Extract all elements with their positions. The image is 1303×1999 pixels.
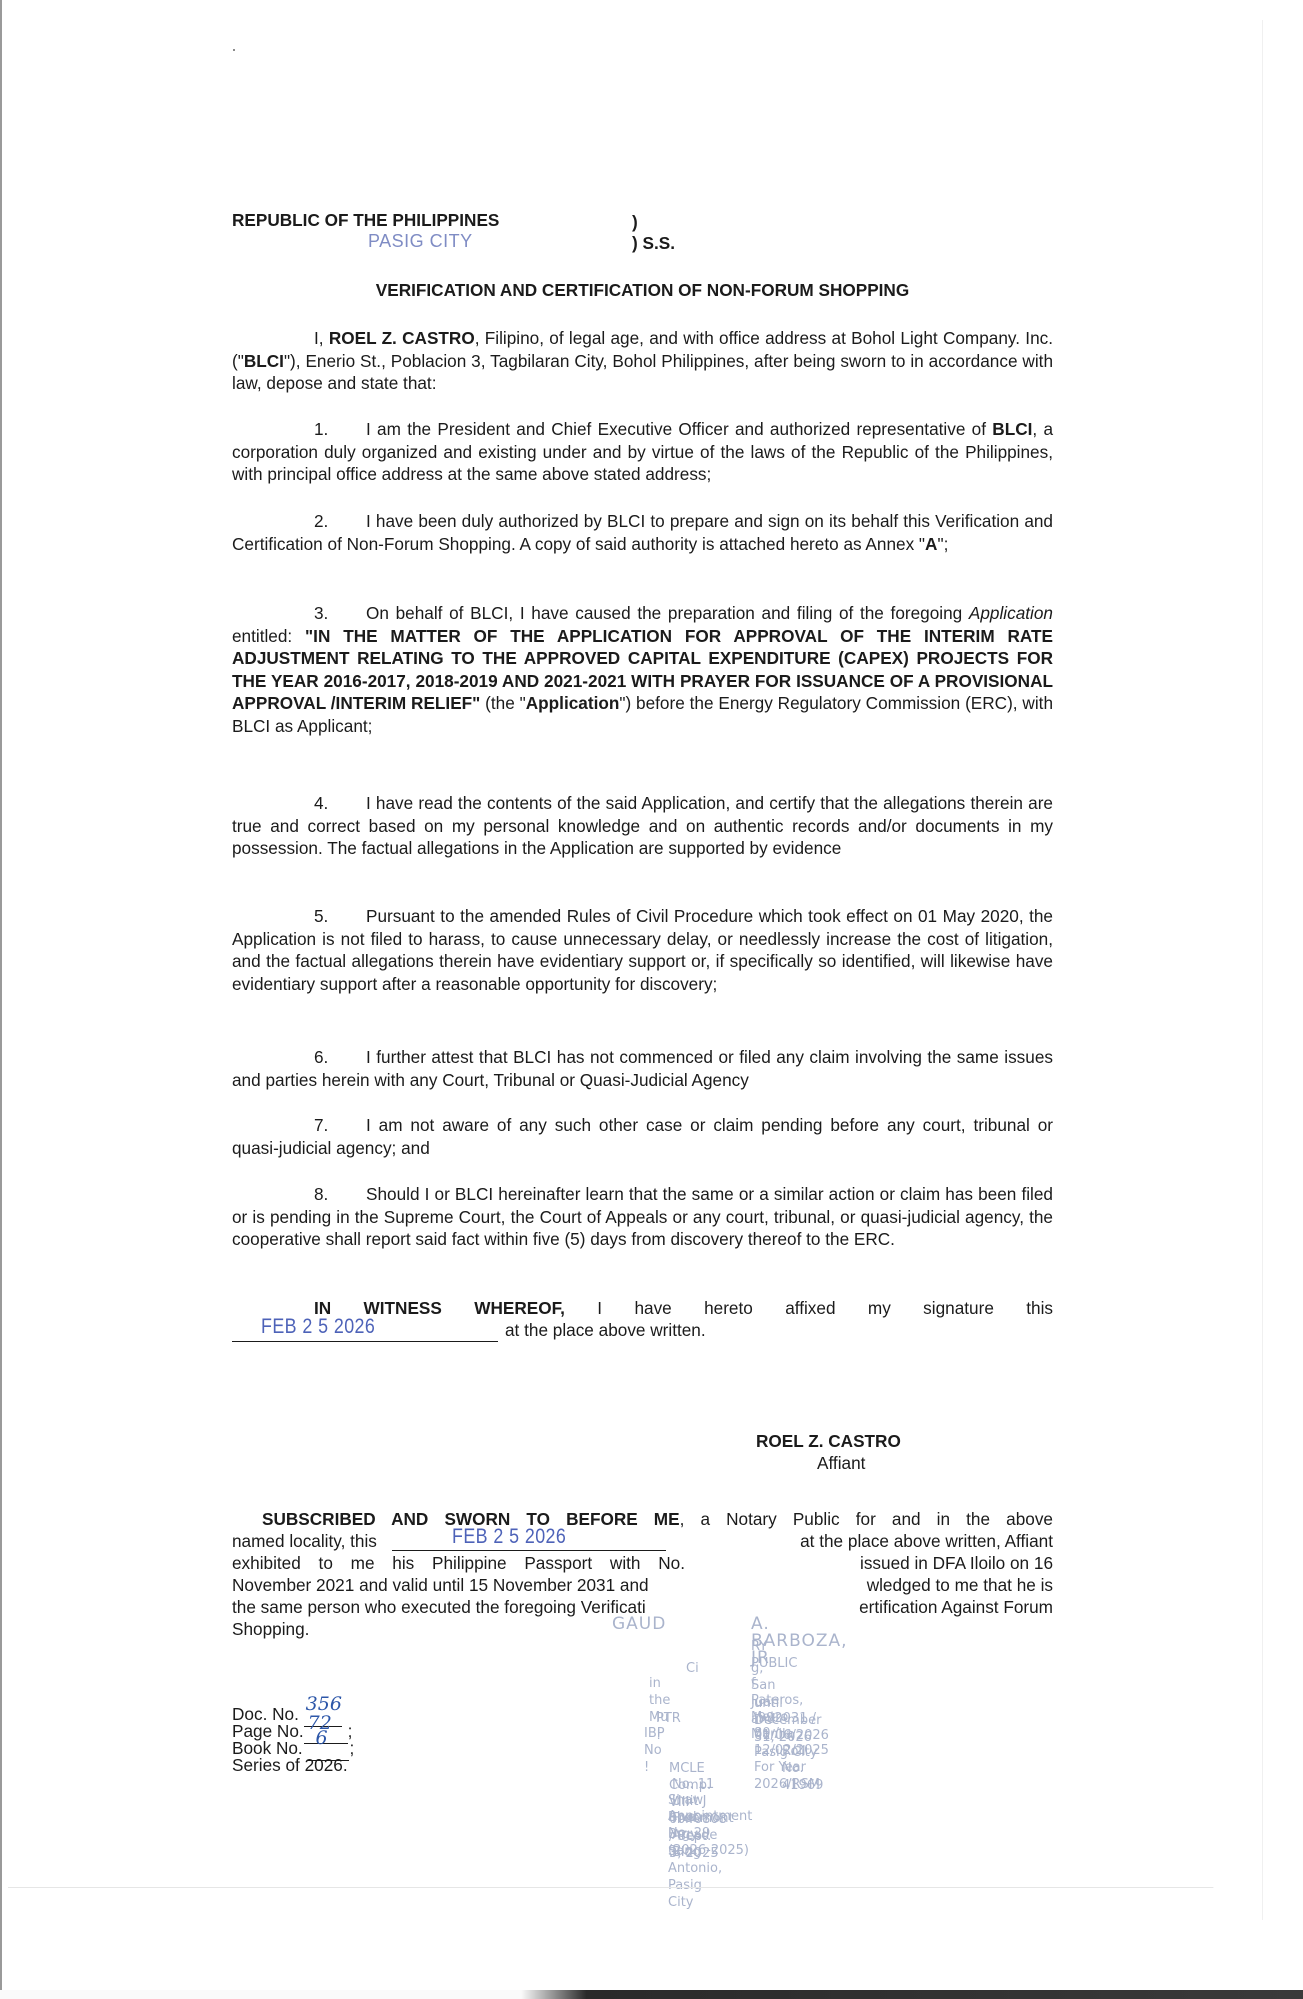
paragraph-8: 8.Should I or BLCI hereinafter learn tha… <box>232 1183 1053 1251</box>
page-bottom-rule <box>8 1887 1213 1888</box>
book-no-value: 6 <box>315 1727 327 1750</box>
jurat-line-5b: ertification Against Forum <box>812 1596 1053 1619</box>
jurat-line-3a: exhibited to me his Philippine Passport … <box>232 1552 685 1575</box>
jurat-date-stamp: FEB 2 5 2026 <box>452 1526 566 1549</box>
scan-shadow <box>0 1990 1303 1999</box>
city-stamp: PASIG CITY <box>368 230 473 253</box>
republic-caption: REPUBLIC OF THE PHILIPPINES <box>232 209 499 232</box>
page-fold-line <box>1262 20 1263 1920</box>
page-edge <box>0 0 2 1999</box>
paragraph-7: 7.I am not aware of any such other case … <box>232 1114 1053 1159</box>
jurat-line-4a: November 2021 and valid until 15 Novembe… <box>232 1574 649 1597</box>
caption-paren: ) <box>632 211 638 234</box>
series: Series of 2026. <box>232 1754 348 1777</box>
scan-speck <box>233 49 235 51</box>
jurat-line-3b: issued in DFA Iloilo on 16 <box>792 1552 1053 1575</box>
jurat-line-5a: the same person who executed the foregoi… <box>232 1596 646 1619</box>
paragraph-5: 5.Pursuant to the amended Rules of Civil… <box>232 905 1053 995</box>
jurat-line-6: Shopping. <box>232 1618 309 1641</box>
paragraph-6: 6.I further attest that BLCI has not com… <box>232 1046 1053 1091</box>
witness-place-text: at the place above written. <box>505 1319 706 1342</box>
jurat-line-1: SUBSCRIBED AND SWORN TO BEFORE ME, a Not… <box>262 1508 1053 1531</box>
jurat-line-4b: wledged to me that he is <box>832 1574 1053 1597</box>
document-title: VERIFICATION AND CERTIFICATION OF NON-FO… <box>232 279 1053 302</box>
paragraph-3: 3.On behalf of BLCI, I have caused the p… <box>232 602 1053 738</box>
paragraph-4: 4.I have read the contents of the said A… <box>232 792 1053 860</box>
paragraph-2: 2.I have been duly authorized by BLCI to… <box>232 510 1053 555</box>
signatory-role: Affiant <box>817 1452 865 1475</box>
ss-caption: ) S.S. <box>632 232 675 255</box>
jurat-line-2a: named locality, this <box>232 1530 377 1553</box>
witness-date-stamp: FEB 2 5 2026 <box>261 1316 375 1339</box>
jurat-line-2b: at the place above written, Affiant <box>769 1530 1053 1553</box>
jurat-date-blank: FEB 2 5 2026 <box>392 1530 666 1551</box>
paragraph-1: 1.I am the President and Chief Executive… <box>232 418 1053 486</box>
affiant-name: ROEL Z. CASTRO <box>329 328 475 348</box>
intro-paragraph: I, ROEL Z. CASTRO, Filipino, of legal ag… <box>232 327 1053 395</box>
witness-date-blank: FEB 2 5 2026 <box>232 1319 498 1342</box>
signatory-name: ROEL Z. CASTRO <box>756 1430 901 1453</box>
